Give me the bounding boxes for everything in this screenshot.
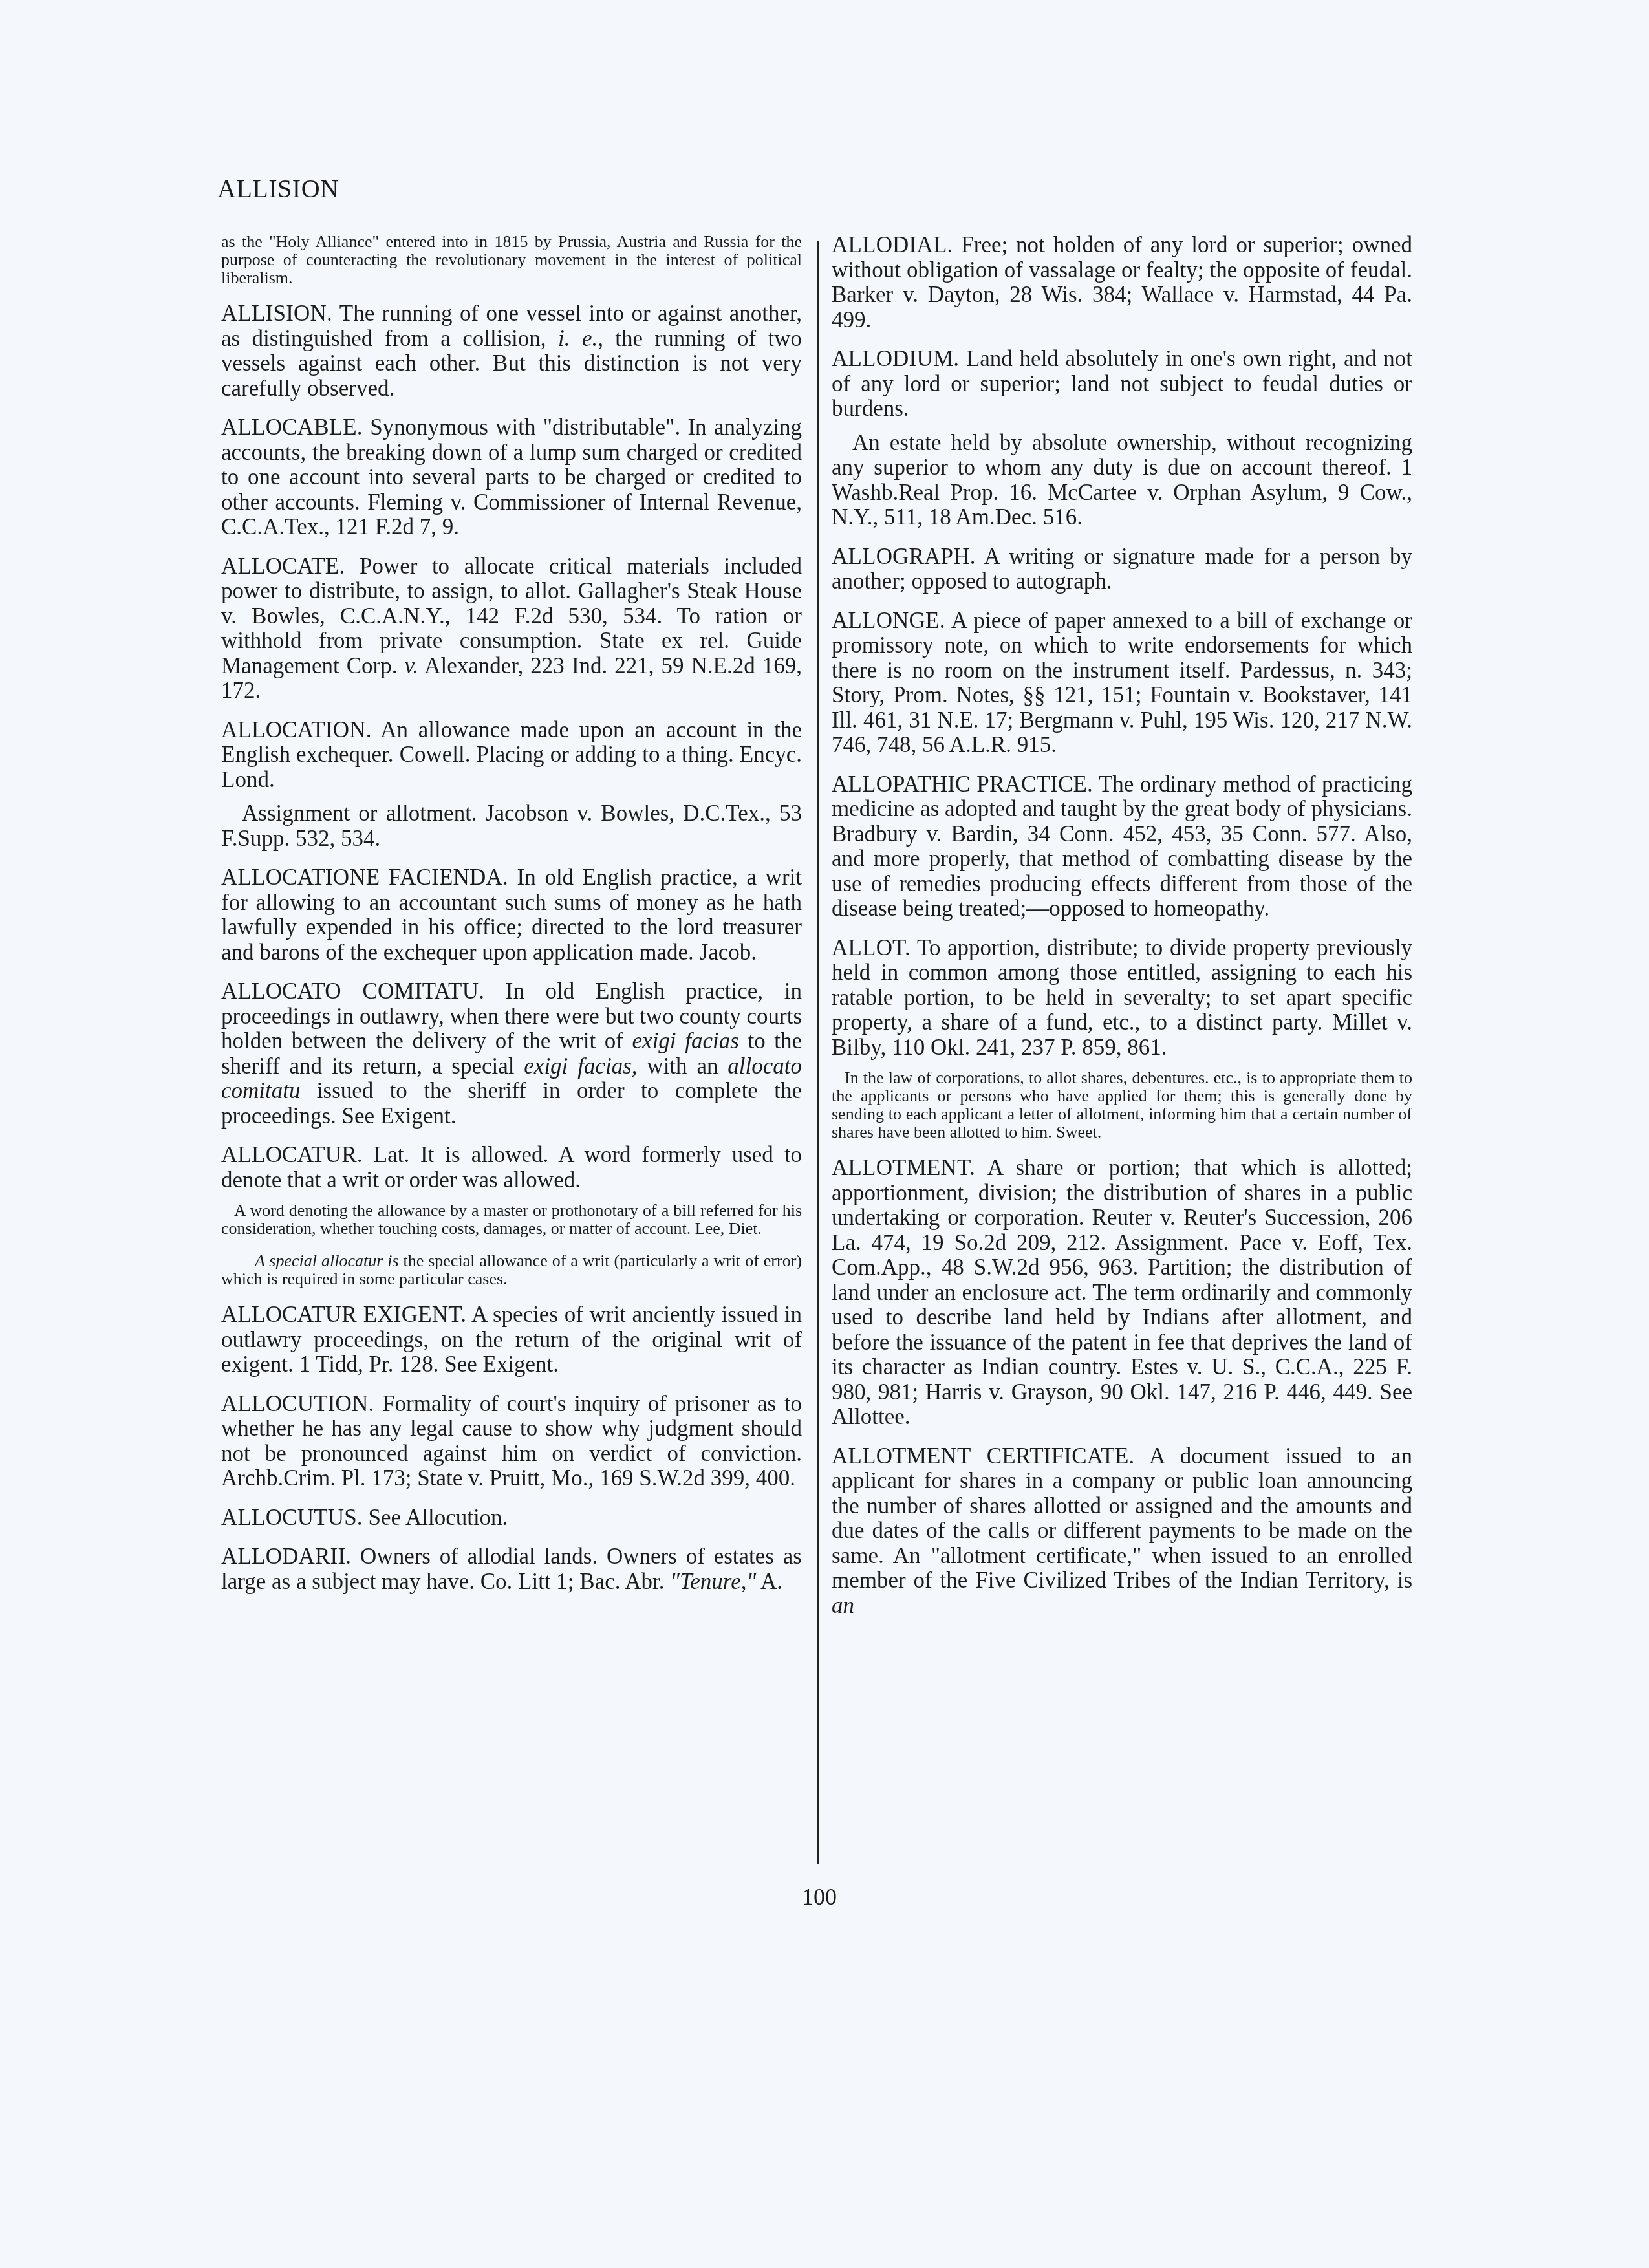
entry-head: ALLODIUM. [832, 346, 959, 371]
entry-head: ALLOTMENT CERTIFICATE. [832, 1443, 1134, 1469]
entry-head: ALLOCUTUS. [221, 1505, 363, 1530]
continuation-text: as the "Holy Alliance" entered into in 1… [221, 233, 802, 287]
entry-head: ALLOCATUR EXIGENT. [221, 1302, 466, 1327]
entry-italic: an [832, 1593, 854, 1618]
entry-body: A share or portion; that which is allott… [832, 1155, 1412, 1429]
entry-allot: ALLOT. To apportion, distribute; to divi… [832, 936, 1412, 1061]
entry-allocatur-exigent: ALLOCATUR EXIGENT. A species of writ anc… [221, 1302, 802, 1377]
entry-allocable: ALLOCABLE. Synonymous with "distributabl… [221, 415, 802, 540]
entry-head: ALLOCABLE. [221, 415, 363, 440]
entry-head: ALLONGE. [832, 608, 945, 633]
entry-allot-sub: In the law of corporations, to allot sha… [832, 1069, 1412, 1141]
entry-body: To apportion, distribute; to divide prop… [832, 935, 1412, 1060]
entry-head: ALLOCATIONE FACIENDA. [221, 865, 508, 890]
entry-allision: ALLISION. The running of one vessel into… [221, 301, 802, 401]
entry-italic: exigi facias [632, 1028, 739, 1053]
entry-allodium: ALLODIUM. Land held absolutely in one's … [832, 347, 1412, 422]
entry-italic: "Tenure," [670, 1569, 756, 1594]
entry-allocatione-facienda: ALLOCATIONE FACIENDA. In old English pra… [221, 865, 802, 965]
entry-allocatur-sub-2: A special allocatur is the special allow… [221, 1252, 802, 1288]
entry-allodial: ALLODIAL. Free; not holden of any lord o… [832, 233, 1412, 332]
entry-allocation-sub: Assignment or allotment. Jacobson v. Bow… [221, 801, 802, 851]
entry-allotment-certificate: ALLOTMENT CERTIFICATE. A document issued… [832, 1444, 1412, 1619]
page-number: 100 [802, 1883, 837, 1910]
entry-head: ALLOCATO COMITATU. [221, 978, 484, 1004]
entry-italic: v. [404, 653, 418, 678]
entry-body: A. [756, 1569, 782, 1594]
entry-head: ALLOCUTION. [221, 1391, 374, 1416]
entry-allocation: ALLOCATION. An allowance made upon an ac… [221, 718, 802, 793]
entry-allocutus: ALLOCUTUS. See Allocution. [221, 1506, 802, 1531]
entry-head: ALLOPATHIC PRACTICE. [832, 772, 1093, 797]
entry-allocate: ALLOCATE. Power to allocate critical mat… [221, 554, 802, 704]
entry-allograph: ALLOGRAPH. A writing or signature made f… [832, 545, 1412, 594]
entry-allocution: ALLOCUTION. Formality of court's inquiry… [221, 1392, 802, 1491]
right-column: ALLODIAL. Free; not holden of any lord o… [832, 233, 1412, 1632]
entry-italic: i. e., [558, 326, 603, 351]
entry-allonge: ALLONGE. A piece of paper annexed to a b… [832, 609, 1412, 758]
entry-head: ALLOT. [832, 935, 911, 960]
entry-head: ALLODIAL. [832, 232, 953, 257]
entry-head: ALLOTMENT. [832, 1155, 975, 1180]
column-divider [817, 241, 819, 1864]
entry-italic: exigi facias, [524, 1053, 637, 1079]
entry-allodarii: ALLODARII. Owners of allodial lands. Own… [221, 1544, 802, 1594]
entry-allocatur-sub-1: A word denoting the allowance by a maste… [221, 1202, 802, 1238]
entry-head: ALLOCATION. [221, 717, 372, 742]
entry-head: ALLISION. [221, 301, 332, 326]
running-head: ALLISION [217, 173, 339, 204]
left-column: as the "Holy Alliance" entered into in 1… [221, 233, 802, 1608]
entry-allocatur: ALLOCATUR. Lat. It is allowed. A word fo… [221, 1143, 802, 1193]
entry-allodium-sub: An estate held by absolute ownership, wi… [832, 431, 1412, 530]
entry-allopathic-practice: ALLOPATHIC PRACTICE. The ordinary method… [832, 772, 1412, 922]
entry-body: with an [638, 1053, 728, 1079]
entry-allocato-comitatu: ALLOCATO COMITATU. In old English practi… [221, 979, 802, 1129]
entry-body: issued to the sheriff in order to comple… [221, 1078, 802, 1129]
entry-head: ALLOCATUR. [221, 1142, 363, 1167]
entry-allotment: ALLOTMENT. A share or portion; that whic… [832, 1156, 1412, 1430]
entry-head: ALLODARII. [221, 1544, 351, 1569]
entry-head: ALLOCATE. [221, 554, 345, 579]
entry-body: See Allocution. [369, 1505, 508, 1530]
entry-head: ALLOGRAPH. [832, 544, 976, 569]
entry-italic: A special allocatur is [255, 1251, 399, 1270]
